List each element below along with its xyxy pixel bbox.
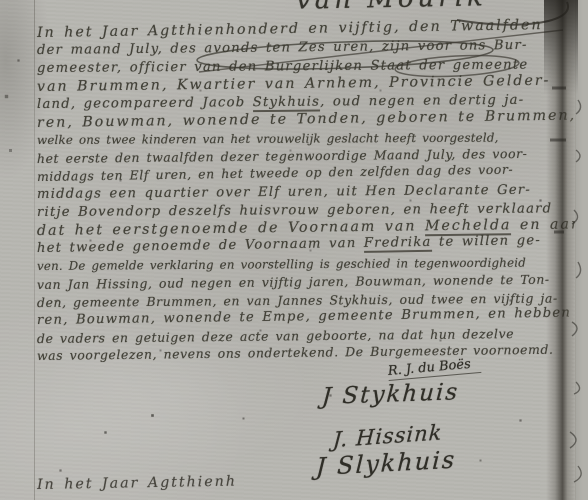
witness-signature: J Slykhuis [315, 446, 457, 481]
child-name-underlined: Fredrika [364, 235, 432, 253]
record-line: welke ons twee kinderen van het vrouweli… [37, 131, 499, 147]
paper-speckles [0, 0, 1, 1]
adjacent-page-writing-fragments [548, 0, 588, 500]
witness-signature: J Stykhuis [321, 379, 460, 410]
record-line-text: land, gecompareerd Jacob [37, 95, 253, 112]
record-line-text: , oud negen en dertig ja- [320, 93, 524, 110]
burgemeester-signature: R. J. du Boës [387, 356, 481, 381]
record-line: van Jan Hissing, oud negen en vijftig ja… [37, 272, 550, 292]
record-line: middags een quartier over Elf uren, uit … [37, 183, 531, 202]
document-page: van Mourik In het Jaar Agtthienhonderd e… [0, 0, 588, 500]
record-line-text: het tweede genoemde de Voornaam van [37, 236, 364, 256]
father-name-underlined: Stykhuis [253, 95, 321, 113]
next-record-first-line: In het Jaar Agtthienh [37, 474, 237, 493]
record-line: van Brummen, Kwartier van Arnhem, Provin… [37, 73, 551, 95]
record-line: ven. De gemelde verklaring en voorstelli… [37, 256, 526, 273]
margin-rule [34, 0, 35, 500]
record-line-text: te willen ge- [431, 233, 541, 250]
